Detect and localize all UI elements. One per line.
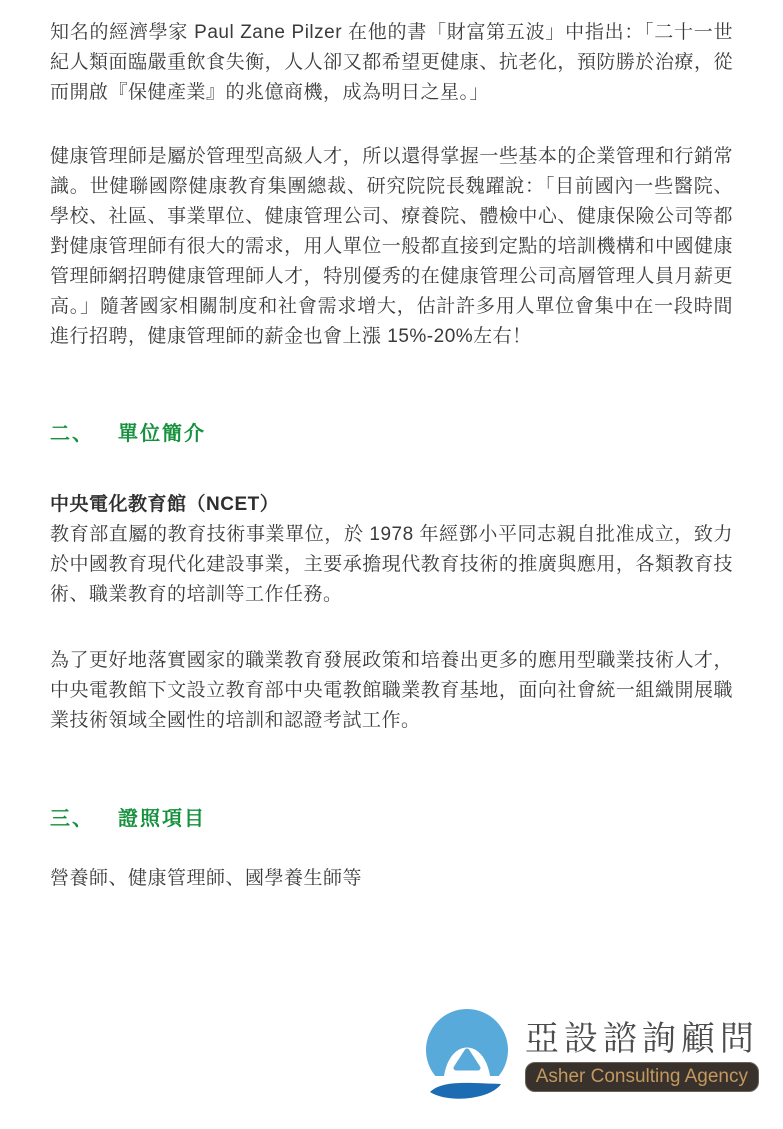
document-page: 知名的經濟學家 Paul Zane Pilzer 在他的書「財富第五波」中指出：… — [0, 0, 783, 1129]
logo-text-block: 亞設諮詢顧問 Asher Consulting Agency — [525, 1020, 759, 1092]
section-heading-certificates: 三、證照項目 — [50, 805, 733, 833]
section-title: 證照項目 — [118, 808, 206, 830]
asher-a-wave-logo-icon — [417, 1006, 517, 1106]
paragraph-org-mission: 為了更好地落實國家的職業教育發展政策和培養出更多的應用型職業技術人才，中央電教館… — [50, 646, 733, 736]
paragraph-org-about: 教育部直屬的教育技術事業單位，於 1978 年經鄧小平同志親自批准成立，致力於中… — [50, 520, 733, 610]
section-number: 二、 — [50, 423, 94, 445]
company-name-chinese: 亞設諮詢顧問 — [525, 1020, 759, 1058]
paragraph-certificate-list: 營養師、健康管理師、國學養生師等 — [50, 864, 733, 894]
section-heading-unit-intro: 二、單位簡介 — [50, 420, 733, 448]
company-logo: 亞設諮詢顧問 Asher Consulting Agency — [50, 1006, 759, 1106]
paragraph-industry-demand: 健康管理師是屬於管理型高級人才，所以還得掌握一些基本的企業管理和行銷常識。世健聯… — [50, 142, 733, 352]
paragraph-economist-quote: 知名的經濟學家 Paul Zane Pilzer 在他的書「財富第五波」中指出：… — [50, 18, 733, 108]
section-number: 三、 — [50, 808, 94, 830]
org-name-heading: 中央電化教育館（NCET） — [50, 490, 733, 520]
section-title: 單位簡介 — [118, 423, 206, 445]
company-name-english-badge: Asher Consulting Agency — [525, 1062, 759, 1092]
